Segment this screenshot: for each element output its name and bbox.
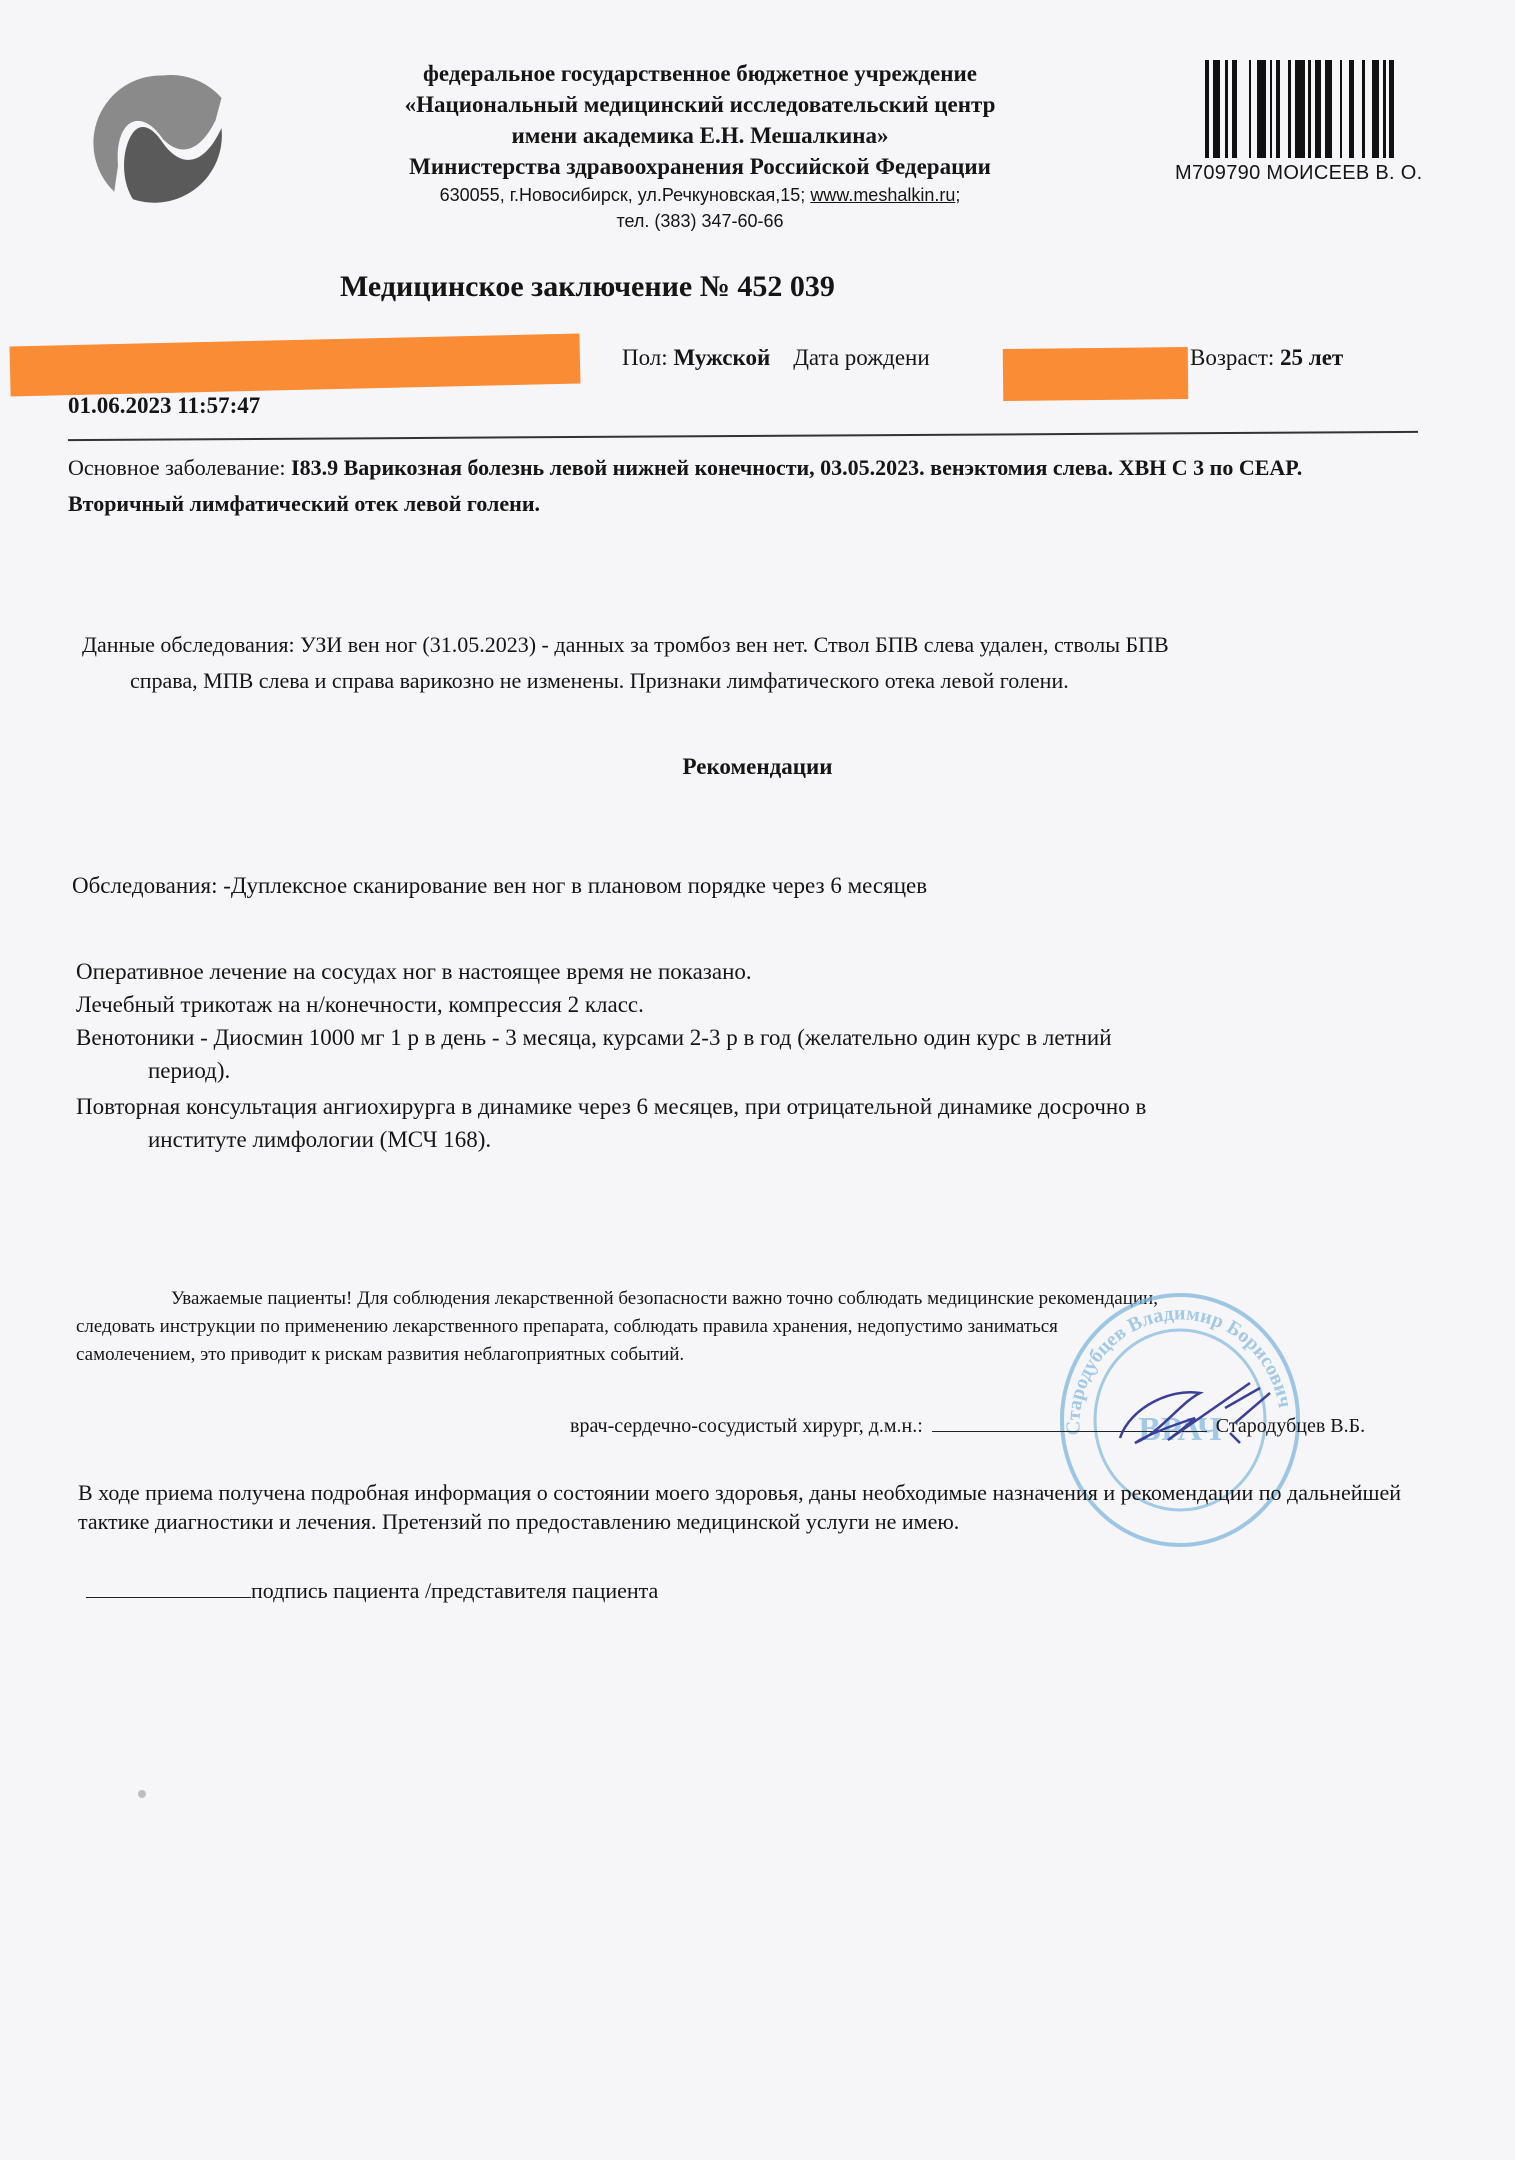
- patient-signature-label: подпись пациента /представителя пациента: [251, 1578, 658, 1603]
- exam-line-1: Данные обследования: УЗИ вен ног (31.05.…: [82, 632, 1169, 657]
- org-line-3: имени академика Е.Н. Мешалкина»: [340, 120, 1060, 151]
- dob-label: Дата рождени: [793, 345, 929, 370]
- age-value: 25 лет: [1280, 345, 1343, 370]
- document-title: Медицинское заключение № 452 039: [340, 270, 835, 304]
- doctor-handwritten-signature-icon: [1110, 1378, 1290, 1463]
- org-line-2: «Национальный медицинский исследовательс…: [340, 89, 1060, 120]
- age-field: Возраст: 25 лет: [1190, 345, 1343, 371]
- recommendation-text: Лечебный трикотаж на н/конечности, компр…: [76, 992, 644, 1017]
- recommendation-item: Лечебный трикотаж на н/конечности, компр…: [76, 988, 1456, 1021]
- sex-value: Мужской: [673, 345, 770, 370]
- recommendation-item: Повторная консультация ангиохирурга в ди…: [76, 1090, 1456, 1156]
- address-end: ;: [955, 185, 960, 205]
- recommendation-text-cont: институте лимфологии (МСЧ 168).: [76, 1123, 1456, 1156]
- org-line-4: Министерства здравоохранения Российской …: [340, 151, 1060, 182]
- recommendation-exams: Обследования: -Дуплексное сканирование в…: [72, 873, 927, 899]
- org-address: 630055, г.Новосибирск, ул.Речкуновская,1…: [340, 182, 1060, 208]
- patient-consent: В ходе приема получена подробная информа…: [78, 1478, 1458, 1536]
- patient-signature-line: подпись пациента /представителя пациента: [86, 1578, 658, 1604]
- age-label: Возраст:: [1190, 345, 1274, 370]
- diagnosis-text: I83.9 Варикозная болезнь левой нижней ко…: [291, 455, 1302, 480]
- patient-signature-blank: [86, 1596, 251, 1598]
- recommendation-text: Венотоники - Диосмин 1000 мг 1 р в день …: [76, 1025, 1112, 1050]
- organization-header: федеральное государственное бюджетное уч…: [340, 58, 1060, 234]
- exam-line-2: справа, МПВ слева и справа варикозно не …: [82, 663, 1452, 699]
- org-phone: тел. (383) 347-60-66: [340, 208, 1060, 234]
- barcode-icon: [1205, 60, 1440, 158]
- divider: [68, 431, 1418, 441]
- exam-section: Данные обследования: УЗИ вен ног (31.05.…: [82, 627, 1452, 699]
- meshalkin-logo-icon: [88, 68, 238, 218]
- diagnosis-section: Основное заболевание: I83.9 Варикозная б…: [68, 450, 1448, 522]
- diagnosis-secondary: Вторичный лимфатический отек левой голен…: [68, 491, 540, 516]
- recommendation-item: Оперативное лечение на сосудах ног в нас…: [76, 955, 1456, 988]
- recommendation-text-cont: период).: [76, 1054, 1456, 1087]
- recommendation-text: Оперативное лечение на сосудах ног в нас…: [76, 959, 752, 984]
- website-link[interactable]: www.meshalkin.ru: [810, 185, 955, 205]
- redacted-patient-name: [10, 334, 581, 397]
- doctor-title: врач-сердечно-сосудистый хирург, д.м.н.:: [570, 1415, 923, 1437]
- org-line-1: федеральное государственное бюджетное уч…: [340, 58, 1060, 89]
- diagnosis-label: Основное заболевание:: [68, 455, 286, 480]
- scan-speck: [138, 1790, 146, 1798]
- recommendations-title: Рекомендации: [0, 754, 1515, 780]
- patient-info-line: Пол: Мужской Дата рождени: [622, 345, 930, 371]
- visit-datetime: 01.06.2023 11:57:47: [68, 393, 260, 419]
- recommendation-item: Венотоники - Диосмин 1000 мг 1 р в день …: [76, 1021, 1456, 1087]
- recommendation-text: Повторная консультация ангиохирурга в ди…: [76, 1094, 1146, 1119]
- address-text: 630055, г.Новосибирск, ул.Речкуновская,1…: [440, 185, 811, 205]
- barcode-label: M709790 МОИСЕЕВ В. О.: [1175, 162, 1422, 185]
- sex-label: Пол:: [622, 345, 668, 370]
- redacted-birth-date: [1003, 347, 1189, 401]
